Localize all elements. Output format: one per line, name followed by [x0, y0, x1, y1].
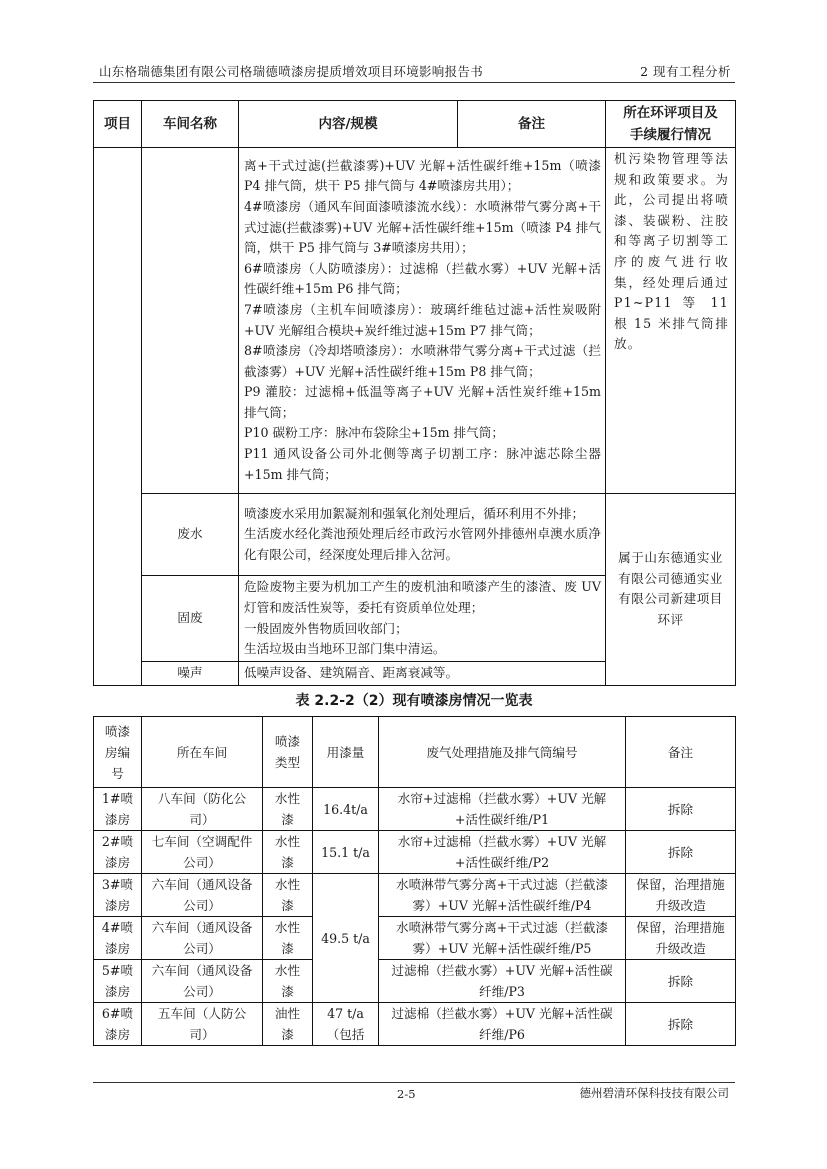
room-id-cell: 6#喷漆房 [94, 1003, 142, 1046]
item-cell [94, 148, 142, 686]
room-id-cell: 5#喷漆房 [94, 960, 142, 1003]
paint-type-cell: 水性漆 [263, 917, 313, 960]
exhaust-gas-content-cell: 离+干式过滤(拦截漆雾)+UV 光解+活性碳纤维+15m（喷漆 P4 排气筒，烘… [239, 148, 606, 494]
eia-procedure-cell: 机污染物管理等法规和政策要求。为此，公司提出将喷漆、装碳粉、注胶和等离子切割等工… [606, 148, 736, 494]
table-caption: 表 2.2-2（2）现有喷漆房情况一览表 [93, 690, 735, 710]
section-title: 2 现有工程分析 [640, 62, 731, 80]
table-header-row: 喷漆房编号 所在车间 喷漆类型 用漆量 废气处理措施及排气筒编号 备注 [94, 717, 736, 788]
paint-type-cell: 油性漆 [263, 1003, 313, 1046]
workshop-cell: 固废 [142, 576, 239, 662]
room-id-cell: 2#喷漆房 [94, 831, 142, 874]
workshop-cell: 八车间（防化公司） [142, 788, 263, 831]
treatment-cell: 过滤棉（拦截水雾）+UV 光解+活性碳纤维/P6 [379, 1003, 626, 1046]
paint-type-cell: 水性漆 [263, 874, 313, 917]
table-row: 离+干式过滤(拦截漆雾)+UV 光解+活性碳纤维+15m（喷漆 P4 排气筒，烘… [94, 148, 736, 494]
remark-cell: 保留，治理措施升级改造 [626, 917, 736, 960]
workshop-cell: 六车间（通风设备公司） [142, 917, 263, 960]
column-header-eia-status: 所在环评项目及 手续履行情况 [606, 101, 736, 148]
page-number: 2-5 [397, 1087, 416, 1101]
paint-amount-cell: 47 t/a（包括 [313, 1003, 379, 1046]
column-header-paint-type: 喷漆类型 [263, 717, 313, 788]
paint-type-cell: 水性漆 [263, 788, 313, 831]
paint-amount-cell: 15.1 t/a [313, 831, 379, 874]
content-cell: 喷漆废水采用加絮凝剂和强氧化剂处理后，循环利用不外排； 生活废水经化粪池预处理后… [239, 494, 606, 576]
content-cell: 危险废物主要为机加工产生的废机油和喷漆产生的漆渣、废 UV 灯管和废活性炭等，委… [239, 576, 606, 662]
column-header-workshop: 所在车间 [142, 717, 263, 788]
table-row: 1#喷漆房 八车间（防化公司） 水性漆 16.4t/a 水帘+过滤棉（拦截水雾）… [94, 788, 736, 831]
treatment-cell: 水喷淋带气雾分离+干式过滤（拦截漆雾）+UV 光解+活性碳纤维/P5 [379, 917, 626, 960]
column-header-workshop: 车间名称 [142, 101, 239, 148]
paint-amount-cell: 49.5 t/a [313, 874, 379, 1003]
column-header-content: 内容/规模 [239, 101, 458, 148]
treatment-cell: 水帘+过滤棉（拦截水雾）+UV 光解+活性碳纤维/P1 [379, 788, 626, 831]
paint-amount-cell: 16.4t/a [313, 788, 379, 831]
room-id-cell: 1#喷漆房 [94, 788, 142, 831]
workshop-cell: 五车间（人防公司） [142, 1003, 263, 1046]
paint-type-cell: 水性漆 [263, 831, 313, 874]
content-cell: 低噪声设备、建筑隔音、距离衰减等。 [239, 662, 606, 686]
workshop-cell: 七车间（空调配件公司） [142, 831, 263, 874]
column-header-paint-amount: 用漆量 [313, 717, 379, 788]
column-header-room-id: 喷漆房编号 [94, 717, 142, 788]
workshop-cell: 废水 [142, 494, 239, 576]
column-header-item: 项目 [94, 101, 142, 148]
remark-cell: 拆除 [626, 831, 736, 874]
treatment-cell: 水帘+过滤棉（拦截水雾）+UV 光解+活性碳纤维/P2 [379, 831, 626, 874]
remark-cell: 拆除 [626, 1003, 736, 1046]
column-header-remark: 备注 [626, 717, 736, 788]
column-header-remark: 备注 [458, 101, 606, 148]
table-row: 废水 喷漆废水采用加絮凝剂和强氧化剂处理后，循环利用不外排； 生活废水经化粪池预… [94, 494, 736, 576]
table-header-row: 项目 车间名称 内容/规模 备注 所在环评项目及 手续履行情况 [94, 101, 736, 148]
table-row: 5#喷漆房 六车间（通风设备公司） 水性漆 过滤棉（拦截水雾）+UV 光解+活性… [94, 960, 736, 1003]
remark-cell: 拆除 [626, 960, 736, 1003]
footer-company: 德州碧清环保科技技有限公司 [580, 1085, 730, 1101]
document-title: 山东格瑞德集团有限公司格瑞德喷漆房提质增效项目环境影响报告书 [99, 62, 483, 80]
column-header-treatment: 废气处理措施及排气筒编号 [379, 717, 626, 788]
eia-status-cell: 属于山东德通实业有限公司德通实业有限公司新建项目环评 [606, 494, 736, 686]
paint-room-table: 喷漆房编号 所在车间 喷漆类型 用漆量 废气处理措施及排气筒编号 备注 1#喷漆… [93, 716, 736, 1046]
project-overview-table: 项目 车间名称 内容/规模 备注 所在环评项目及 手续履行情况 离+干式过滤(拦… [93, 100, 736, 686]
room-id-cell: 4#喷漆房 [94, 917, 142, 960]
table-row: 3#喷漆房 六车间（通风设备公司） 水性漆 49.5 t/a 水喷淋带气雾分离+… [94, 874, 736, 917]
workshop-cell: 六车间（通风设备公司） [142, 874, 263, 917]
workshop-cell: 六车间（通风设备公司） [142, 960, 263, 1003]
table-row: 4#喷漆房 六车间（通风设备公司） 水性漆 水喷淋带气雾分离+干式过滤（拦截漆雾… [94, 917, 736, 960]
page-footer: 2-5 德州碧清环保科技技有限公司 [93, 1082, 735, 1101]
paint-type-cell: 水性漆 [263, 960, 313, 1003]
table-row: 6#喷漆房 五车间（人防公司） 油性漆 47 t/a（包括 过滤棉（拦截水雾）+… [94, 1003, 736, 1046]
workshop-cell: 噪声 [142, 662, 239, 686]
treatment-cell: 水喷淋带气雾分离+干式过滤（拦截漆雾）+UV 光解+活性碳纤维/P4 [379, 874, 626, 917]
treatment-cell: 过滤棉（拦截水雾）+UV 光解+活性碳纤维/P3 [379, 960, 626, 1003]
room-id-cell: 3#喷漆房 [94, 874, 142, 917]
remark-cell: 拆除 [626, 788, 736, 831]
page-header: 山东格瑞德集团有限公司格瑞德喷漆房提质增效项目环境影响报告书 2 现有工程分析 [93, 60, 735, 83]
table-row: 2#喷漆房 七车间（空调配件公司） 水性漆 15.1 t/a 水帘+过滤棉（拦截… [94, 831, 736, 874]
remark-cell: 保留，治理措施升级改造 [626, 874, 736, 917]
workshop-cell [142, 148, 239, 494]
